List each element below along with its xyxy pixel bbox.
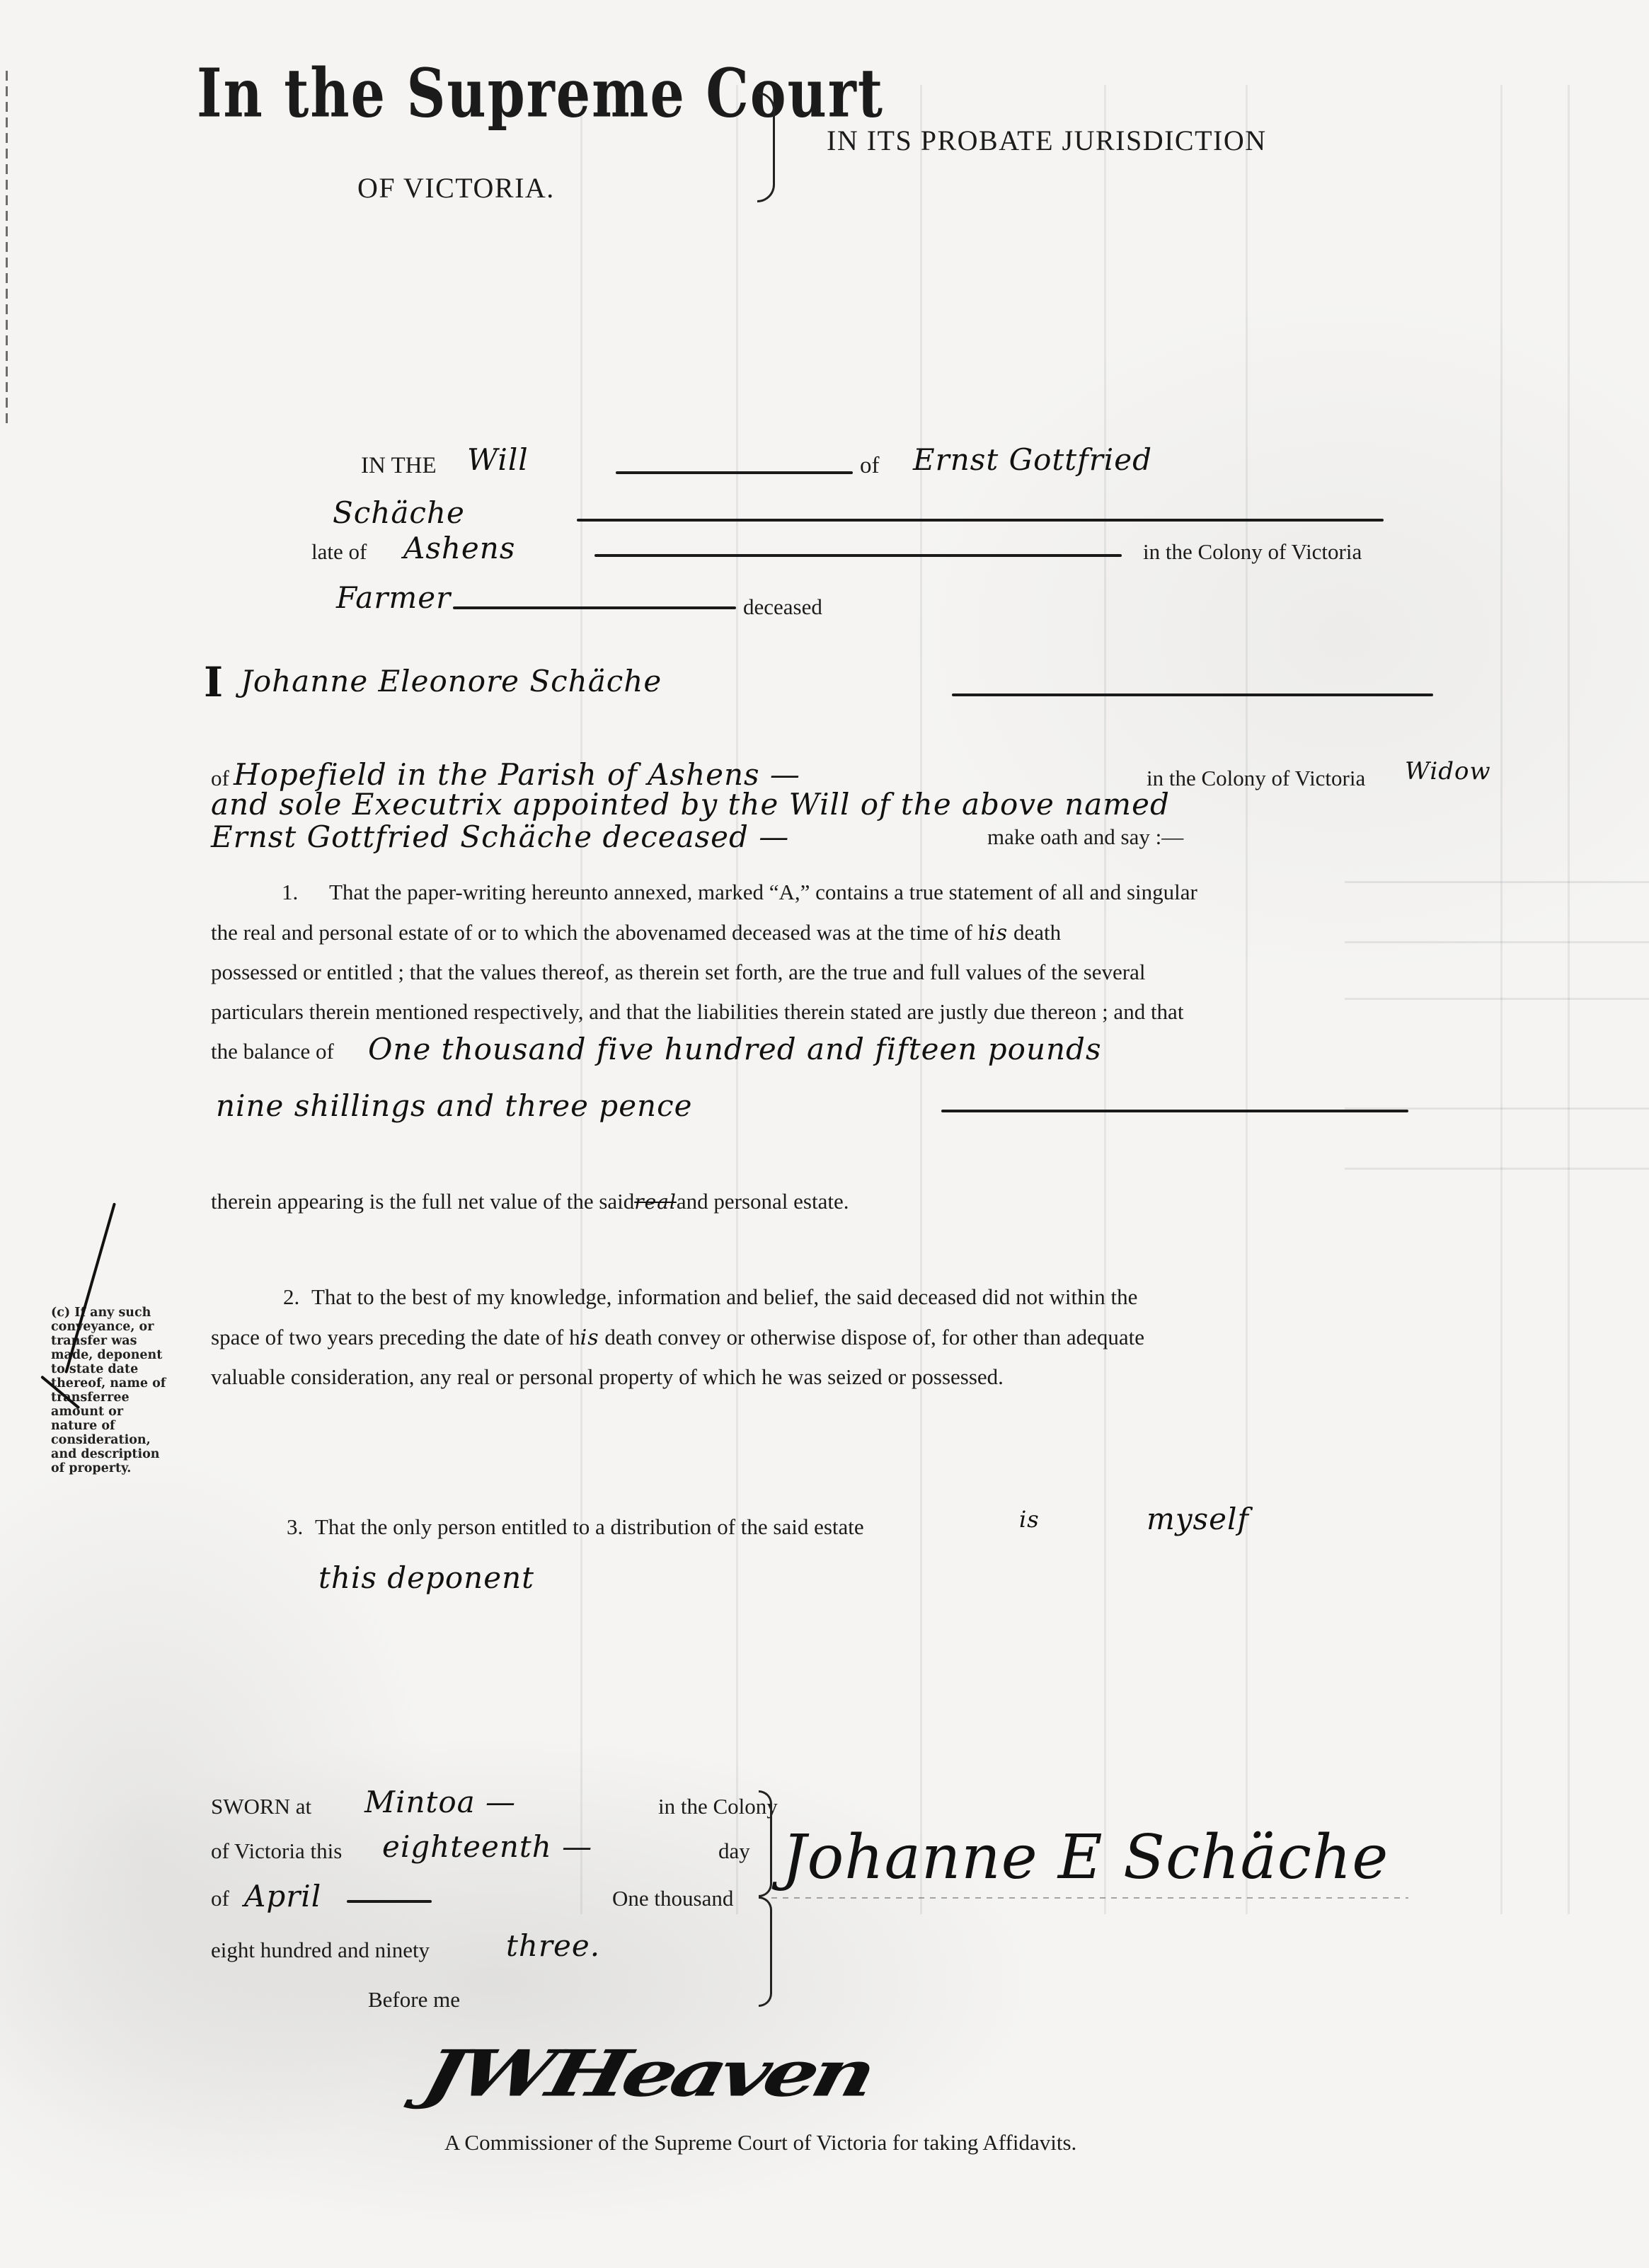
- jurat-brace: [759, 1896, 772, 2007]
- fill-line: [616, 471, 853, 474]
- fill-line: [952, 693, 1433, 696]
- deceased-label: deceased: [743, 594, 822, 620]
- paragraph-3-value: myself: [1147, 1502, 1249, 1536]
- deponent-name: Johanne Eleonore Schäche: [241, 664, 662, 698]
- deceased-first-names: Ernst Gottfried: [913, 442, 1152, 477]
- header-brace: [757, 92, 775, 202]
- in-the-label: IN THE: [361, 453, 437, 479]
- paragraph-3-number: 3.: [287, 1514, 303, 1540]
- of-label: of: [211, 1886, 229, 1911]
- jurisdiction-label: IN ITS PROBATE JURISDICTION: [827, 124, 1267, 157]
- of-victoria-this-label: of Victoria this: [211, 1838, 342, 1864]
- late-of-label: late of: [311, 539, 367, 565]
- paragraph-2-text: space of two years preceding the date of…: [211, 1325, 1144, 1350]
- paragraph-2-number: 2.: [283, 1284, 299, 1310]
- signature-line: [771, 1897, 1408, 1899]
- sworn-year: three.: [506, 1928, 600, 1963]
- paragraph-1-text: possessed or entitled ; that the values …: [211, 960, 1145, 985]
- paragraph-1-text: the real and personal estate of or to wh…: [211, 920, 1061, 945]
- before-me-label: Before me: [368, 1987, 460, 2013]
- one-thousand-label: One thousand: [612, 1886, 733, 1911]
- commissioner-title: A Commissioner of the Supreme Court of V…: [444, 2130, 1076, 2155]
- fill-line: [577, 519, 1384, 522]
- commissioner-signature: JWHeaven: [416, 2037, 878, 2112]
- occupation: Farmer: [336, 580, 451, 615]
- colony-label: in the Colony of Victoria: [1143, 539, 1362, 565]
- fill-line: [347, 1900, 432, 1903]
- paragraph-1-number: 1.: [282, 880, 298, 905]
- fill-line: [594, 554, 1122, 557]
- day-label: day: [718, 1838, 750, 1864]
- colony-label: in the Colony of Victoria: [1147, 766, 1365, 791]
- bleed-through-background: [0, 0, 1649, 2268]
- court-title: In the Supreme Court: [197, 54, 884, 132]
- deponent-signature: Johanne E Schäche: [782, 1822, 1389, 1893]
- deponent-description: Ernst Gottfried Schäche deceased —: [211, 819, 789, 854]
- eight-hundred-label: eight hundred and ninety: [211, 1938, 430, 1963]
- fill-line: [941, 1110, 1408, 1112]
- i-label: I: [204, 658, 224, 706]
- paragraph-3-insert: is: [1019, 1506, 1040, 1533]
- paragraph-2-text: valuable consideration, any real or pers…: [211, 1364, 1004, 1390]
- court-subtitle: OF VICTORIA.: [357, 171, 555, 205]
- page-edge-mark: [6, 71, 8, 425]
- margin-note: (c) If any such conveyance, or transfer …: [51, 1306, 171, 1475]
- paragraph-1-text: particulars therein mentioned respective…: [211, 999, 1183, 1025]
- late-of-value: Ashens: [403, 531, 515, 565]
- affidavit-page: In the Supreme Court OF VICTORIA. IN ITS…: [0, 0, 1649, 2268]
- deponent-description: and sole Executrix appointed by the Will…: [211, 787, 1170, 822]
- fill-line: [453, 606, 736, 609]
- paragraph-1-text: That the paper-writing hereunto annexed,…: [329, 880, 1197, 905]
- paragraph-2-text: That to the best of my knowledge, inform…: [311, 1284, 1137, 1310]
- in-the-value: Will: [467, 442, 529, 477]
- deponent-description-tail: Widow: [1405, 757, 1491, 785]
- balance-value: One thousand five hundred and fifteen po…: [368, 1032, 1102, 1066]
- oath-label: make oath and say :—: [987, 824, 1183, 850]
- paragraph-3-text: That the only person entitled to a distr…: [315, 1514, 864, 1540]
- balance-label: the balance of: [211, 1039, 334, 1064]
- sworn-at-label: SWORN at: [211, 1794, 311, 1819]
- sworn-place: Mintoa —: [364, 1785, 516, 1819]
- deceased-surname: Schäche: [333, 495, 465, 530]
- balance-value: nine shillings and three pence: [216, 1088, 692, 1123]
- of-label: of: [860, 453, 880, 479]
- paragraph-1-closing: therein appearing is the full net value …: [211, 1189, 849, 1214]
- jurat-brace: [759, 1790, 772, 1897]
- paragraph-3-value: this deponent: [318, 1560, 534, 1595]
- sworn-day: eighteenth —: [382, 1829, 592, 1864]
- sworn-month: April: [244, 1879, 321, 1913]
